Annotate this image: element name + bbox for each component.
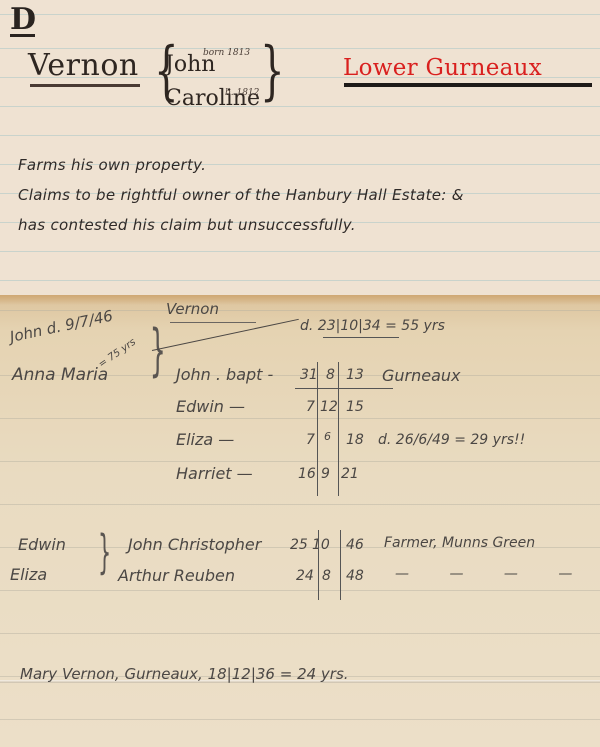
grandchild-name: John Christopher: [128, 535, 261, 554]
death-underline: [323, 337, 399, 338]
place-title: Lower Gurneaux: [343, 55, 542, 81]
grandchild-year: 48: [346, 568, 364, 584]
grandchildren-brace: }: [98, 525, 111, 579]
row-underline: [295, 388, 393, 389]
child-day: 16: [298, 466, 316, 482]
child-month: 12: [320, 399, 338, 415]
grandchild-month: 8: [322, 568, 331, 584]
grandparent-name: Edwin: [18, 535, 66, 554]
footer-note: Mary Vernon, Gurneaux, 18|12|36 = 24 yrs…: [20, 665, 349, 683]
grandchild-name: Arthur Reuben: [118, 566, 235, 585]
grandparent-name: Eliza: [10, 565, 47, 584]
index-letter: D: [10, 6, 35, 37]
date-separator: [318, 530, 319, 600]
date-separator: [317, 362, 318, 496]
child-label: John . bapt -: [176, 365, 273, 384]
child-note: Gurneaux: [382, 366, 461, 385]
child-month: 6: [324, 430, 331, 443]
child-label: Eliza —: [176, 430, 234, 449]
note-line: Claims to be rightful owner of the Hanbu…: [18, 186, 464, 204]
grandchild-year: 46: [346, 537, 364, 553]
birth-note-john: born 1813: [203, 48, 250, 58]
surname-underline: [30, 84, 140, 87]
note-line: Farms his own property.: [18, 156, 206, 174]
pencil-heading: Vernon: [166, 300, 219, 318]
child-label: Harriet —: [176, 464, 253, 483]
child-year: 18: [346, 432, 364, 448]
date-separator: [338, 362, 339, 496]
child-year: 13: [346, 367, 364, 383]
child-day: 31: [300, 367, 318, 383]
john-death-note: d. 23|10|34 = 55 yrs: [300, 318, 445, 334]
grandchild-month: 10: [312, 537, 330, 553]
child-year: 15: [346, 399, 364, 415]
child-day: 7: [306, 432, 315, 448]
child-month: 9: [321, 466, 330, 482]
child-note: d. 26/6/49 = 29 yrs!!: [378, 432, 525, 448]
note-line: has contested his claim but unsuccessful…: [18, 216, 356, 234]
child-day: 7: [306, 399, 315, 415]
child-label: Edwin —: [176, 397, 245, 416]
child-year: 21: [341, 466, 359, 482]
grandchild-note: — — — —: [395, 566, 590, 582]
place-underline: [344, 83, 592, 87]
grandchild-note: Farmer, Munns Green: [384, 535, 535, 551]
date-separator: [340, 530, 341, 600]
surname: Vernon: [28, 48, 139, 83]
right-brace: }: [260, 34, 284, 108]
birth-note-caroline: b. 1812: [225, 88, 259, 98]
grandchild-day: 25: [290, 537, 308, 553]
child-month: 8: [326, 367, 335, 383]
typed-card-section: [0, 0, 600, 295]
grandchild-day: 24: [296, 568, 314, 584]
pencil-heading-underline: [170, 322, 256, 323]
mother-name: Anna Maria: [12, 365, 108, 385]
